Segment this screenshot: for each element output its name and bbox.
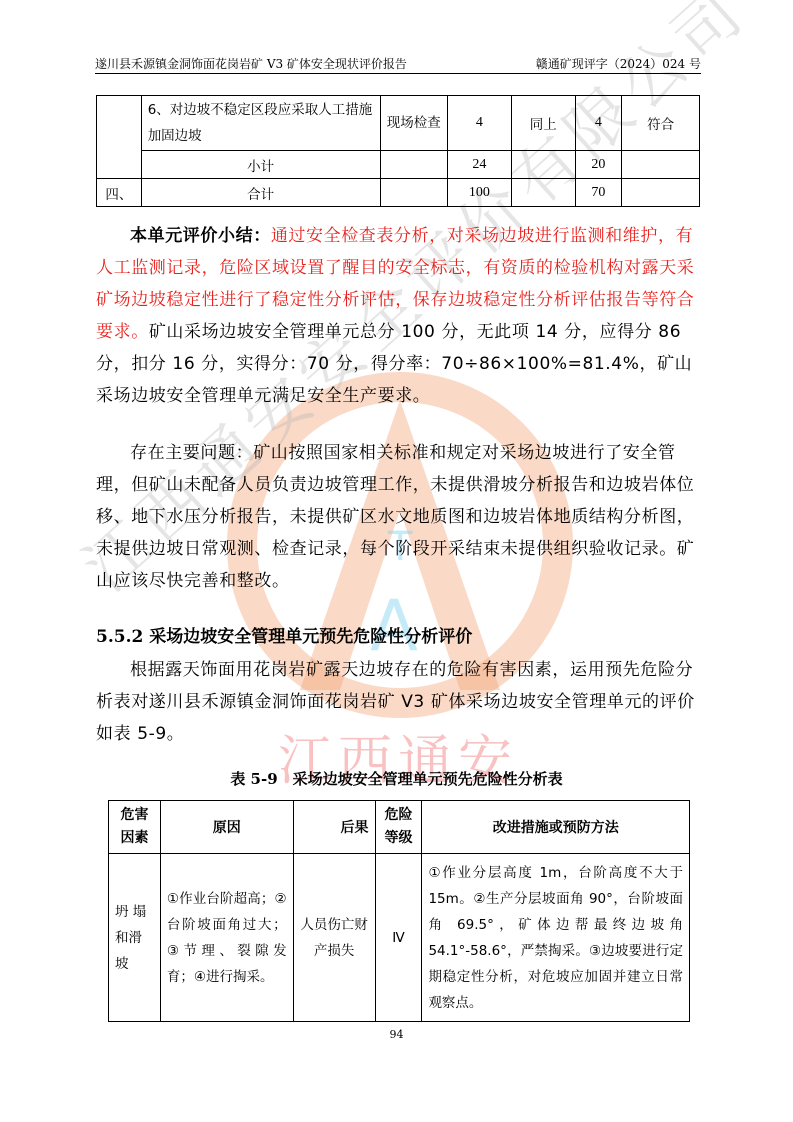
risk-level-cell: Ⅳ xyxy=(375,854,422,1022)
table-row: 四、 合计 100 70 xyxy=(97,179,700,207)
header-risk-level: 危险等级 xyxy=(375,801,422,854)
cause-cell: ①作业台阶超高；②台阶坡面角过大；③节理、裂隙发育；④进行掏采。 xyxy=(160,854,293,1022)
section-cell: 四、 xyxy=(97,179,142,207)
header-consequence: 后果 xyxy=(293,801,375,854)
basis-cell: 同上 xyxy=(511,96,575,151)
actual-score-cell: 70 xyxy=(575,179,622,207)
table-row: 坍 塌和滑坡 ①作业台阶超高；②台阶坡面角过大；③节理、裂隙发育；④进行掏采。 … xyxy=(109,854,690,1022)
section-cell xyxy=(97,96,142,179)
result-cell xyxy=(622,179,700,207)
report-title: 遂川县禾源镇金洞饰面花岗岩矿 V3 矿体安全现状评价报告 xyxy=(95,55,407,72)
consequence-cell: 人员伤亡财产损失 xyxy=(293,854,375,1022)
hazard-cell: 坍 塌和滑坡 xyxy=(109,854,161,1022)
score-cell: 4 xyxy=(447,96,511,151)
score-cell: 24 xyxy=(447,151,511,179)
total-label: 合计 xyxy=(141,179,380,207)
preliminary-hazard-analysis-table: 危害因素 原因 后果 危险等级 改进措施或预防方法 坍 塌和滑坡 ①作业台阶超高… xyxy=(108,800,690,1022)
document-number: 赣通矿现评字（2024）024 号 xyxy=(536,55,701,72)
item-cell: 6、对边坡不稳定区段应采取人工措施加固边坡 xyxy=(141,96,380,151)
actual-score-cell: 20 xyxy=(575,151,622,179)
summary-label: 本单元评价小结： xyxy=(130,226,271,246)
table-row: 6、对边坡不稳定区段应采取人工措施加固边坡 现场检查 4 同上 4 符合 xyxy=(97,96,700,151)
header-hazard: 危害因素 xyxy=(109,801,161,854)
method-cell xyxy=(380,151,447,179)
score-cell: 100 xyxy=(447,179,511,207)
summary-score-text: 矿山采场边坡安全管理单元总分 100 分，无此项 14 分，应得分 86 分，扣… xyxy=(96,322,692,406)
header-cause: 原因 xyxy=(160,801,293,854)
table-caption: 表 5-9 采场边坡安全管理单元预先危险性分析表 xyxy=(0,768,793,789)
page-header: 遂川县禾源镇金洞饰面花岗岩矿 V3 矿体安全现状评价报告 赣通矿现评字（2024… xyxy=(95,53,701,74)
subtotal-label: 小计 xyxy=(141,151,380,179)
method-cell: 现场检查 xyxy=(380,96,447,151)
section-intro-paragraph: 根据露天饰面用花岗岩矿露天边坡存在的危险有害因素，运用预先危险分析表对遂川县禾源… xyxy=(96,654,702,750)
header-measures: 改进措施或预防方法 xyxy=(422,801,690,854)
table-row: 小计 24 20 xyxy=(97,151,700,179)
problems-paragraph: 存在主要问题：矿山按照国家相关标准和规定对采场边坡进行了安全管理，但矿山未配备人… xyxy=(96,437,702,597)
result-cell: 符合 xyxy=(622,96,700,151)
result-cell xyxy=(622,151,700,179)
unit-summary-paragraph: 本单元评价小结：通过安全检查表分析，对采场边坡进行监测和维护，有人工监测记录，危… xyxy=(96,220,702,412)
method-cell xyxy=(380,179,447,207)
measures-cell: ①作业分层高度 1m，台阶高度不大于 15m。②生产分层坡面角 90°，台阶坡面… xyxy=(422,854,690,1022)
section-heading: 5.5.2 采场边坡安全管理单元预先危险性分析评价 xyxy=(96,622,472,647)
document-page: A T 江西通安 江西通安安全评价有限公司 遂川县禾源镇金洞饰面花岗岩矿 V3 … xyxy=(0,0,793,1122)
page-number: 94 xyxy=(0,1028,793,1041)
table-header-row: 危害因素 原因 后果 危险等级 改进措施或预防方法 xyxy=(109,801,690,854)
checklist-table-continued: 6、对边坡不稳定区段应采取人工措施加固边坡 现场检查 4 同上 4 符合 小计 … xyxy=(96,95,700,207)
basis-cell xyxy=(511,179,575,207)
actual-score-cell: 4 xyxy=(575,96,622,151)
basis-cell xyxy=(511,151,575,179)
